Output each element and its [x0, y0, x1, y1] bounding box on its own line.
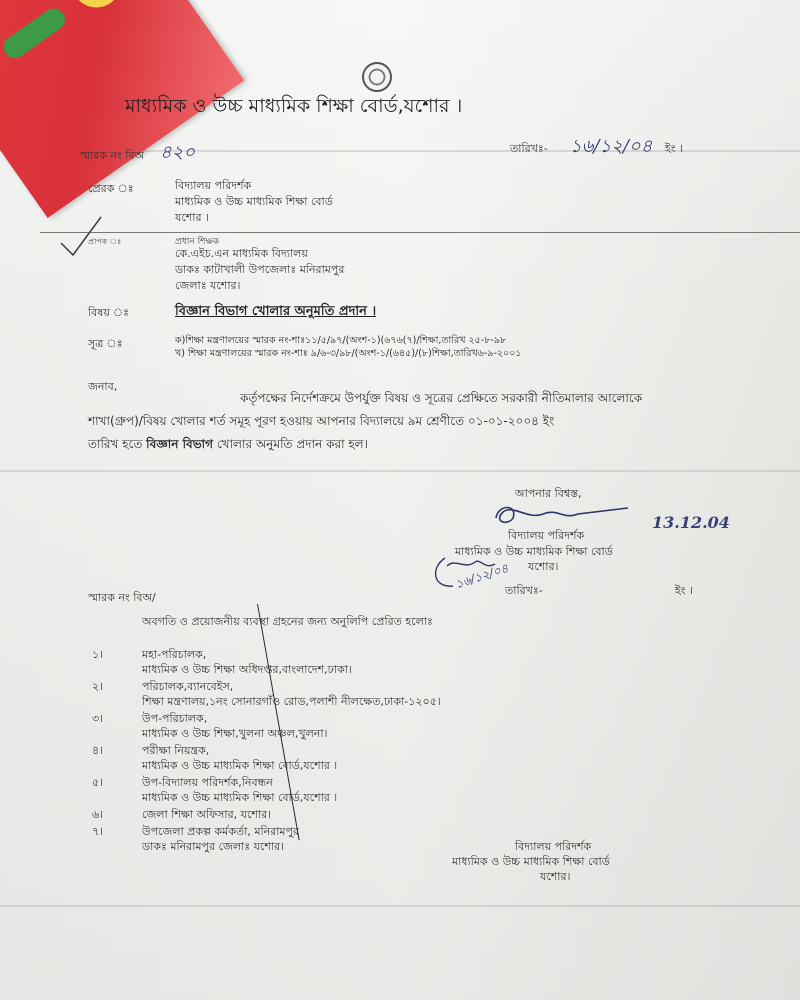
reference-label: সূত্র ঃ — [88, 335, 123, 354]
date-label: তারিখঃ- — [510, 140, 548, 159]
flower-pattern — [62, 0, 132, 17]
recipient-line: জেলাঃ যশোর। — [175, 277, 241, 296]
body-text: খোলার অনুমতি প্রদান করা হল। — [213, 437, 368, 451]
subject-label: বিষয় ঃ — [88, 304, 129, 323]
salutation: জনাব, — [88, 378, 117, 397]
body-line: তারিখ হতে বিজ্ঞান বিভাগ খোলার অনুমতি প্র… — [88, 436, 368, 456]
leaf-pattern — [0, 4, 69, 62]
paper-fold — [0, 470, 800, 472]
signature2-org: মাধ্যমিক ও উচ্চ মাধ্যমিক শিক্ষা বোর্ড — [452, 853, 610, 872]
copy-intro: অবগতি ও প্রয়োজনীয় ব্যবস্থা গ্রহনের জন্… — [142, 613, 433, 632]
reference-line: খ) শিক্ষা মন্ত্রণালয়ের স্মারক নং-শাঃ ৯/… — [175, 347, 522, 362]
memo-label: স্মারক নং বিঅ — [80, 147, 144, 166]
subject-text: বিজ্ঞান বিভাগ খোলার অনুমতি প্রদান । — [175, 302, 376, 323]
signature-icon — [488, 500, 638, 530]
strike-line — [40, 232, 800, 233]
letterhead-title: মাধ্যমিক ও উচ্চ মাধ্যমিক শিক্ষা বোর্ড,যশ… — [125, 92, 462, 124]
body-bold-text: বিজ্ঞান বিভাগ — [146, 437, 213, 451]
copy-date-suffix: ইং । — [675, 582, 693, 601]
copy-date-label: তারিখঃ- — [505, 582, 543, 601]
paper-fold — [0, 905, 800, 907]
copy-item-number: ৭। — [92, 823, 103, 842]
body-text: তারিখ হতে — [88, 437, 146, 451]
copy-item-number: ৪। — [92, 742, 103, 761]
signature2-city: যশোর। — [540, 868, 570, 887]
body-line: শাখা(গ্রুপ)/বিষয় খোলার শর্ত সমূহ পূরণ হ… — [88, 413, 554, 433]
body-line: কর্তৃপক্ষের নির্দেশক্রমে উপর্যুক্ত বিষয়… — [240, 390, 642, 410]
checkmark-icon — [55, 215, 105, 260]
signature-city: যশোর। — [528, 558, 558, 577]
sender-label: প্রেরক ঃ — [88, 180, 134, 199]
copy-item-number: ৫। — [92, 774, 103, 793]
copy-item-number: ১। — [92, 646, 103, 665]
signature-date: 13.12.04 — [652, 513, 730, 532]
date-value: ১৬/১২/০৪ — [570, 132, 652, 163]
copy-item-number: ২। — [92, 678, 103, 697]
copy-item-number: ৩। — [92, 710, 103, 729]
board-emblem-icon — [362, 62, 392, 92]
memo-number: ৪২০ — [160, 138, 195, 169]
copy-memo-label: স্মারক নং বিঅ/ — [88, 589, 156, 608]
sender-line: যশোর । — [175, 209, 209, 228]
date-suffix: ইং । — [665, 140, 683, 159]
copy-item-line: ডাকঃ মনিরামপুর জেলাঃ যশোর। — [142, 838, 284, 857]
